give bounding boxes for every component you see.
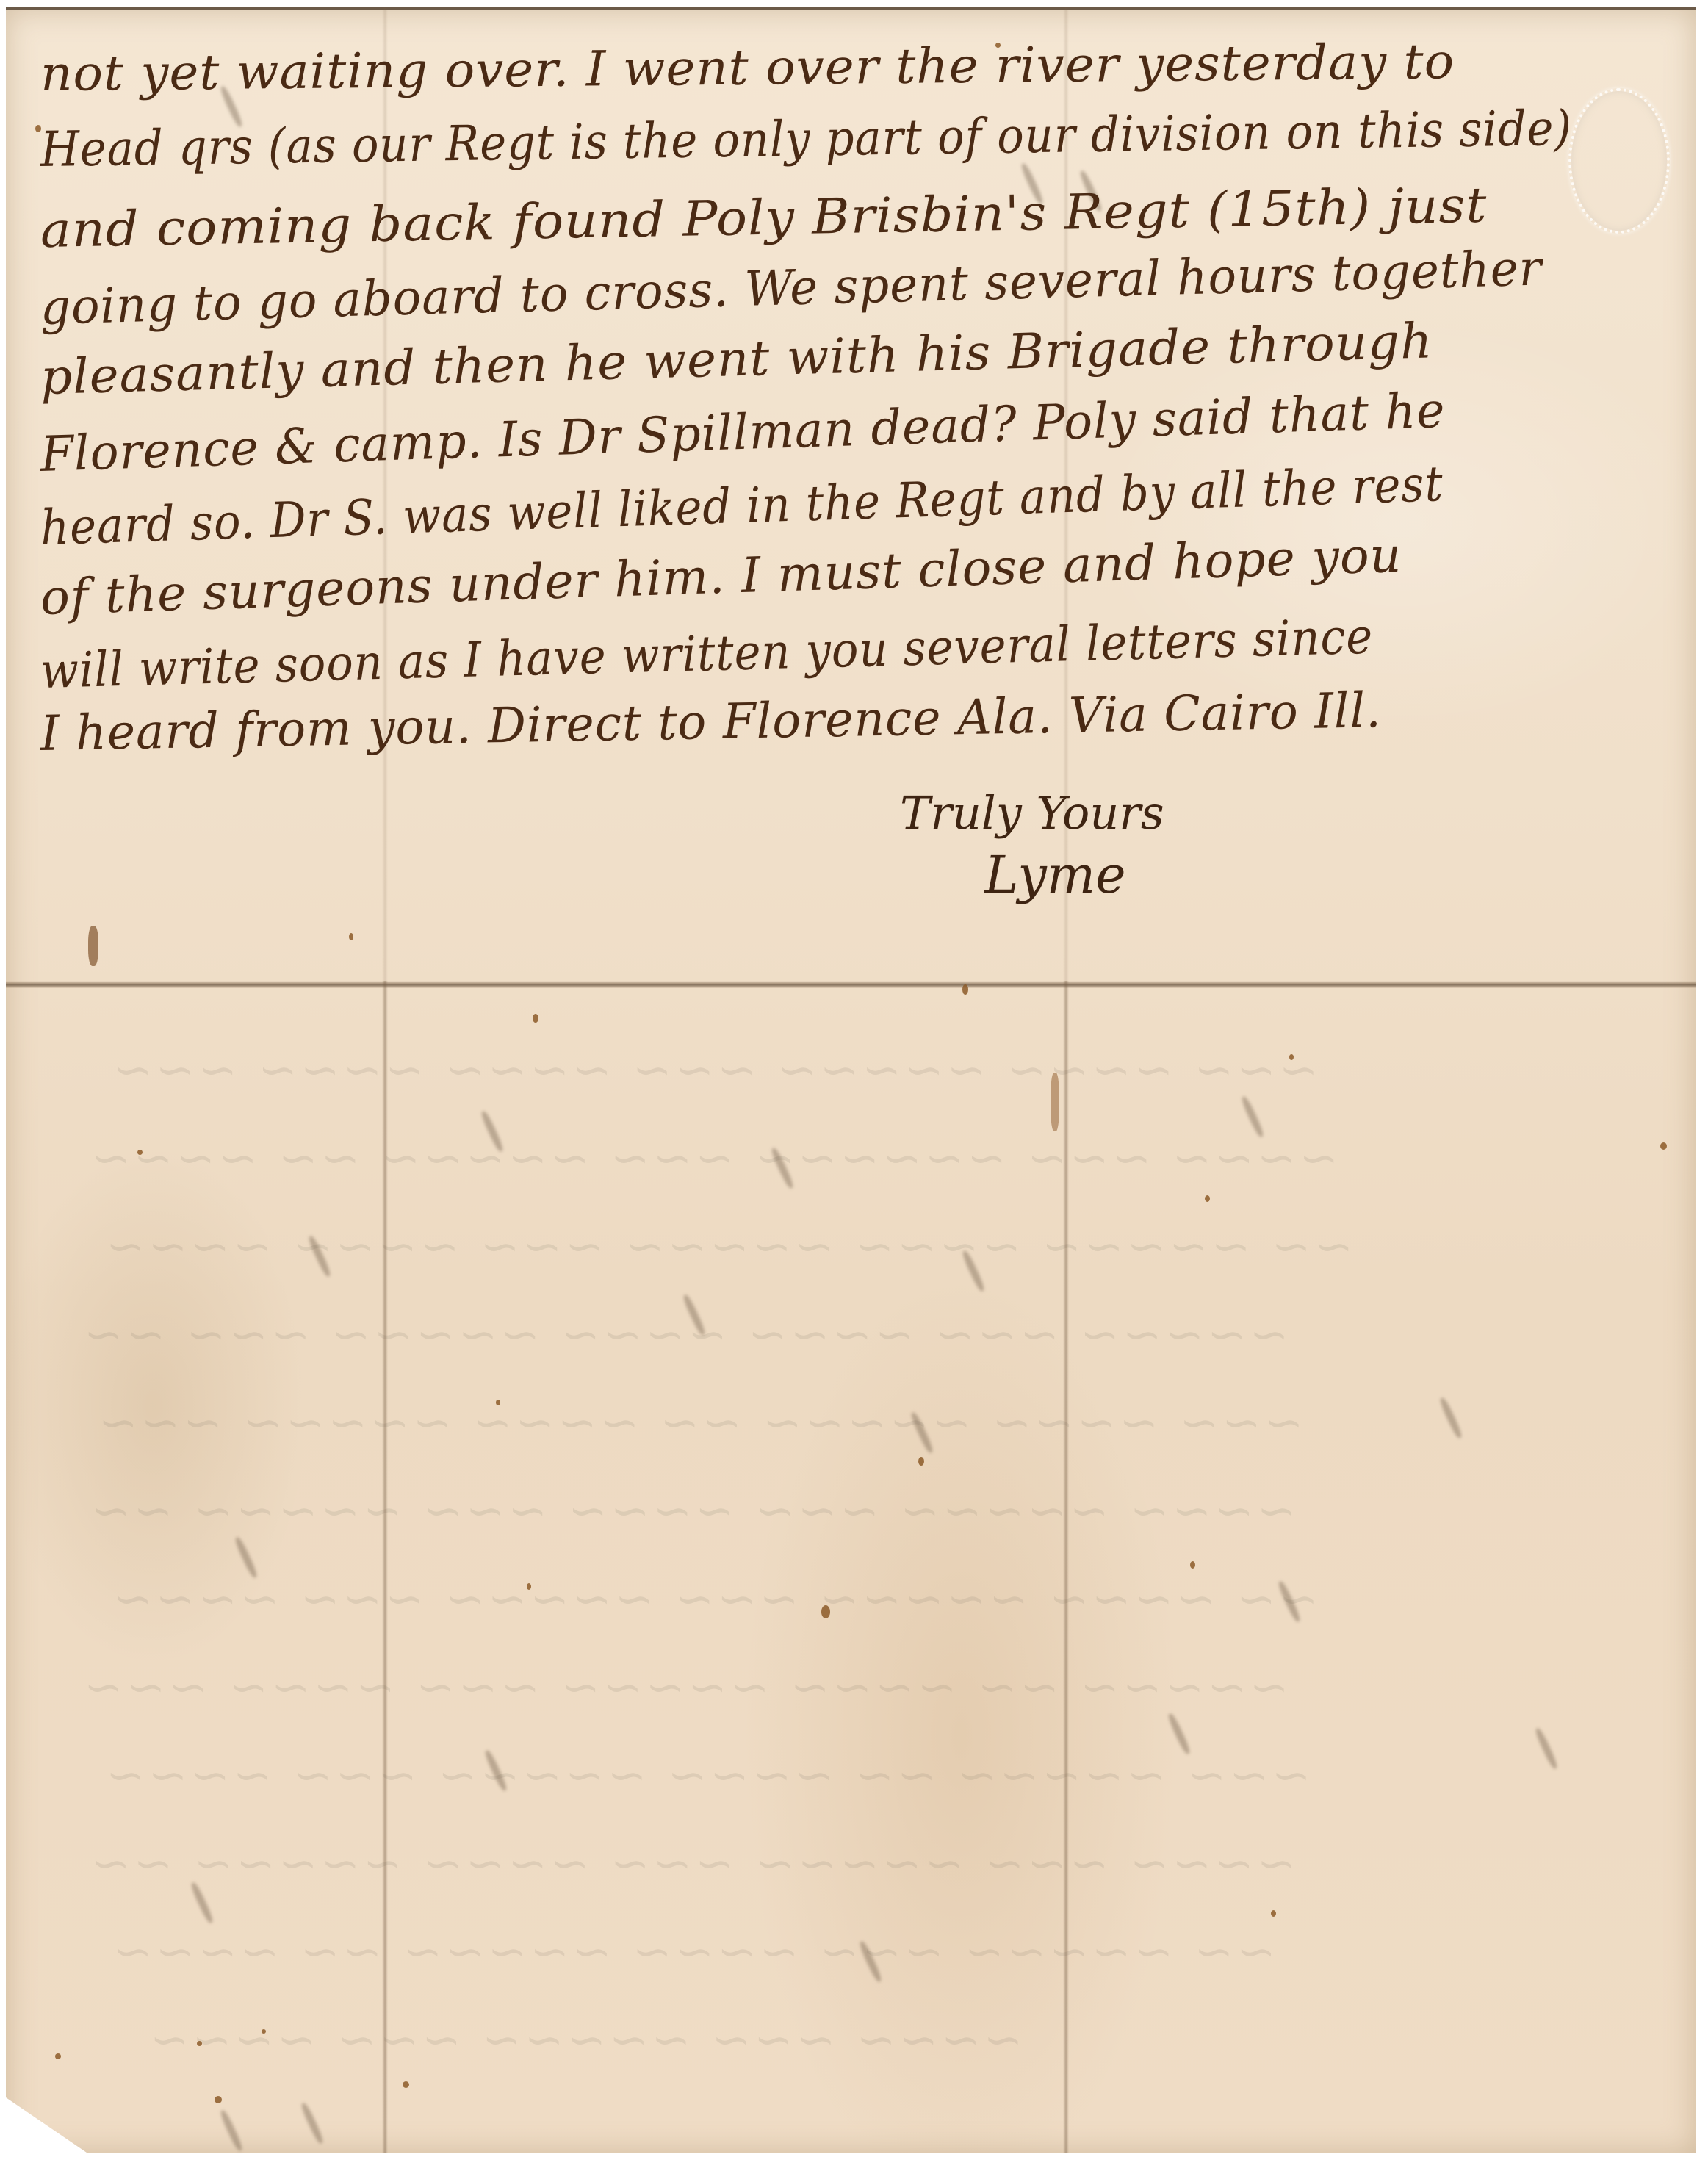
vertical-fold-crease-left [382,981,388,2153]
letter-closing: Truly Yours [900,786,1164,840]
horizontal-fold-crease [6,981,1696,988]
letter-signature: Lyme [984,845,1126,905]
folded-corner [6,2097,87,2153]
vertical-fold-crease-right [1063,981,1069,2153]
embossed-seal-icon [1568,88,1670,234]
